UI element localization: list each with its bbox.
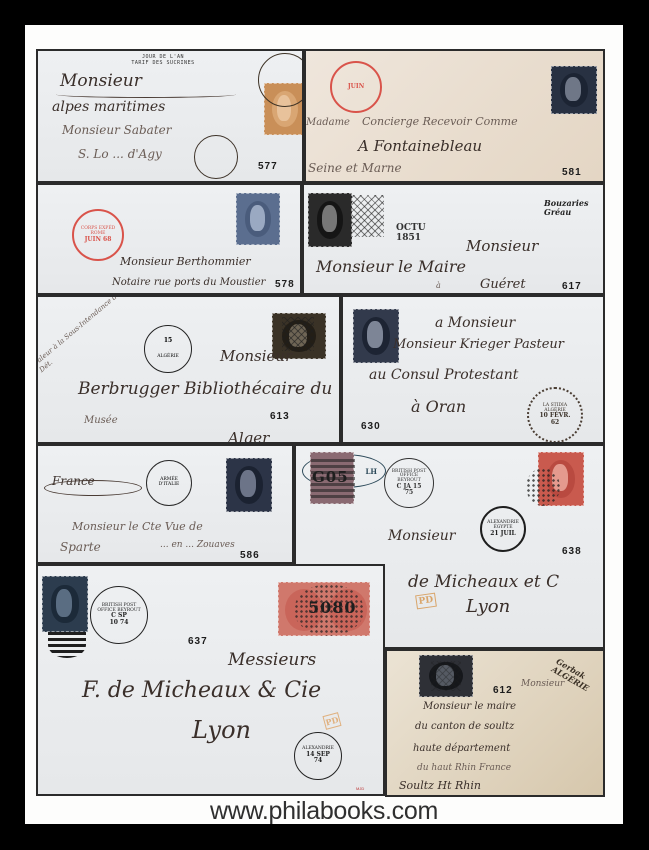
stamp[interactable] (308, 193, 352, 247)
address-line: Lyon (466, 596, 510, 617)
cover-612[interactable]: 612 Gerbak ALGÉRIE Monsieur Monsieur le … (385, 649, 605, 797)
lot-number: 586 (240, 550, 260, 561)
lot-number: 617 (562, 281, 582, 292)
cover-617[interactable]: OCTU 1851 Bouzaries Gréau Monsieur Monsi… (302, 183, 605, 295)
postmark: LA STIDIA ALGÉRIE 10 FÉVR. 62 (527, 387, 583, 443)
postmark: ALEXANDRIE 14 SEP 74 (294, 732, 342, 780)
cover-586[interactable]: France ARMÉE D'ITALIE Monsieur le Cte Vu… (36, 444, 294, 564)
address-line: Monsieur (220, 347, 292, 365)
lot-number: 613 (270, 411, 290, 422)
stamp[interactable] (236, 193, 280, 245)
lot-number: 578 (275, 279, 295, 290)
address-line: Monsieur Berthommier (120, 255, 251, 268)
flourish (44, 480, 142, 496)
address-line: Monsieur le Cte Vue de (72, 520, 203, 533)
address-line: alpes maritimes (52, 99, 165, 115)
address-line: Guéret (480, 277, 526, 292)
address-line: du canton de soultz (415, 721, 514, 732)
address-line: Concierge Recevoir Comme (362, 115, 518, 128)
cover-577[interactable]: JOUR DE L'AN TARIF DES SUCRINES Monsieur… (36, 49, 304, 183)
lot-number: 612 (493, 685, 513, 696)
cancel-text: OCTU 1851 (396, 223, 426, 243)
address-line: Monsieur le Maire (316, 257, 466, 276)
grid-cancel (431, 661, 461, 691)
bars-cancel (48, 632, 86, 658)
address-line: à (436, 281, 441, 290)
address-line: Messieurs (228, 650, 316, 670)
postmark (194, 135, 238, 179)
address-line: Monsieur (388, 528, 455, 544)
address-line: F. de Micheaux & Cie (82, 678, 321, 703)
address-line: Madame (306, 117, 350, 128)
pd-handstamp: PD (322, 712, 341, 730)
grid-cancel (352, 195, 384, 237)
stamp-victoria[interactable] (42, 576, 88, 632)
address-line: ... en ... Zouaves (160, 540, 235, 550)
cover-note: JOUR DE L'AN TARIF DES SUCRINES (128, 54, 198, 66)
cover-581[interactable]: JUIN Madame Concierge Recevoir Comme A F… (304, 49, 605, 183)
postmark (258, 53, 304, 107)
address-line: du haut Rhin France (417, 763, 511, 773)
website-url[interactable]: www.philabooks.com (25, 797, 623, 826)
postmark: BRITISH POST OFFICE BEYROUT C SP 10 74 (90, 586, 148, 644)
flourish (56, 91, 236, 98)
postmark: 15 ALGÉRIE (144, 325, 192, 373)
postmark: ALEXANDRIE ÉGYPTE 21 JUIL (480, 506, 526, 552)
lot-number: 638 (562, 546, 582, 557)
lot-number: 630 (361, 421, 381, 432)
address-line: à Oran (411, 397, 466, 416)
address-line: Monsieur (521, 679, 564, 689)
stamp[interactable] (551, 66, 597, 114)
lot-number: 581 (562, 167, 582, 178)
address-line: Monsieur (60, 71, 142, 91)
catalog-page: JOUR DE L'AN TARIF DES SUCRINES Monsieur… (25, 25, 623, 824)
pd-handstamp: PD (415, 593, 437, 610)
address-line: S. Lo ... d'Agy (78, 147, 162, 161)
address-line: Soultz Ht Rhin (399, 779, 481, 792)
address-line: A Fontainebleau (358, 137, 482, 155)
cover-613[interactable]: Valeur à la Sous-Intendance de ... Dét. … (36, 295, 341, 444)
address-line: Notaire rue ports du Moustier (112, 277, 265, 288)
address-line: haute département (413, 743, 510, 754)
address-line: au Consul Protestant (369, 367, 518, 383)
postmark: JUIN (330, 61, 382, 113)
dots-cancel (526, 468, 560, 506)
cancel-number: G05 (312, 468, 349, 486)
postmark: ARMÉE D'ITALIE (146, 460, 192, 506)
address-line: a Monsieur (435, 315, 515, 331)
address-line: Alger (228, 429, 269, 444)
lot-number: 637 (188, 636, 208, 647)
address-line: Monsieur Krieger Pasteur (393, 337, 564, 352)
handstamp: Bouzaries Gréau (544, 199, 589, 217)
cover-630[interactable]: a Monsieur Monsieur Krieger Pasteur au C… (341, 295, 605, 444)
address-line: Seine et Marne (308, 161, 402, 175)
initials: MJD (356, 786, 364, 791)
address-line: de Micheaux et C (408, 572, 559, 592)
cover-637[interactable]: BRITISH POST OFFICE BEYROUT C SP 10 74 5… (36, 564, 385, 796)
address-line: Monsieur le maire (423, 701, 516, 712)
address-line: Monsieur Sabater (62, 123, 172, 137)
grid-cancel (282, 317, 314, 351)
address-line: Sparte (60, 540, 101, 554)
address-line: Berbrugger Bibliothécaire du (78, 379, 332, 399)
side-note: Valeur à la Sous-Intendance de ... Dét. (36, 295, 135, 375)
cancel-number: 5080 (308, 598, 357, 617)
address-line: Lyon (192, 716, 251, 744)
stamp[interactable] (353, 309, 399, 363)
address-line: Musée (84, 415, 118, 426)
stamp[interactable] (226, 458, 272, 512)
lot-number: 577 (258, 161, 278, 172)
postmark: CORPS EXPÉD ROME JUIN 68 (72, 209, 124, 261)
address-line: Monsieur (466, 237, 538, 255)
cover-578[interactable]: CORPS EXPÉD ROME JUIN 68 Monsieur Bertho… (36, 183, 302, 295)
postmark: BRITISH POST OFFICE BEYROUT C JA 15 75 (384, 458, 434, 508)
